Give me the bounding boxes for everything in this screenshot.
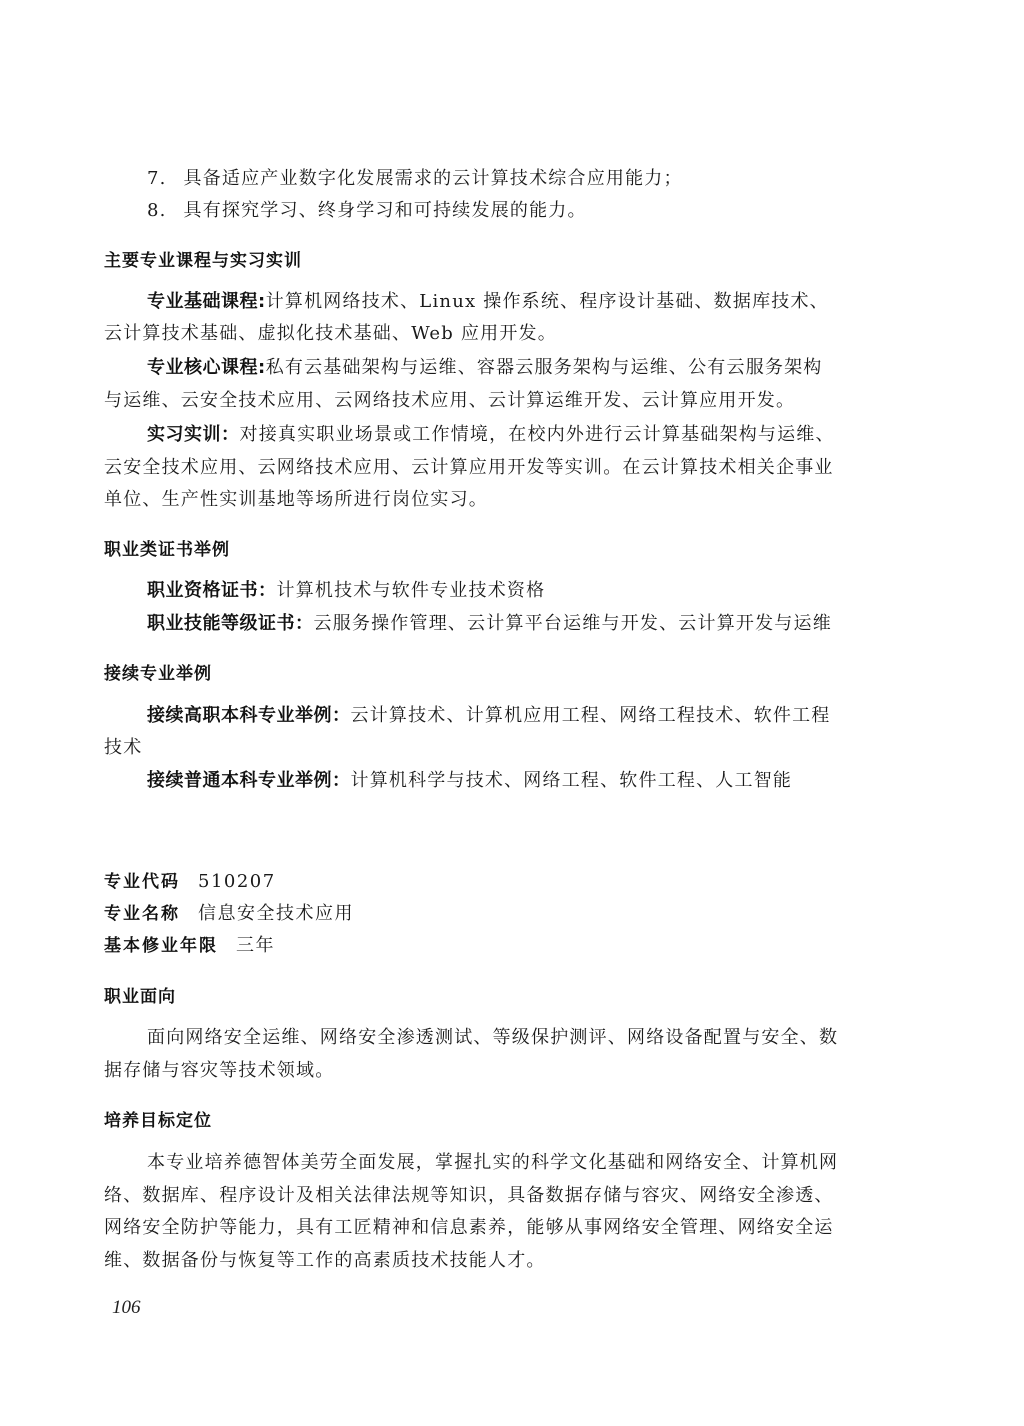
skill-cert-label: 职业技能等级证书： (147, 613, 314, 634)
goal-line1: 本专业培养德智体美劳全面发展，掌握扎实的科学文化基础和网络安全、计算机网 (147, 1152, 920, 1174)
skill-cert-text: 云服务操作管理、云计算平台运维与开发、云计算开发与运维 (314, 613, 832, 634)
major-duration-value: 三年 (236, 935, 275, 957)
list-text: 具备适应产业数字化发展需求的云计算技术综合应用能力； (184, 168, 683, 189)
list-item-8: 8. 具有探究学习、终身学习和可持续发展的能力。 (147, 200, 920, 222)
section-heading-courses: 主要专业课程与实习实训 (104, 250, 920, 272)
higher-vocational-line1: 接续高职本科专业举例：云计算技术、计算机应用工程、网络工程技术、软件工程 (147, 705, 920, 727)
career-line1: 面向网络安全运维、网络安全渗透测试、等级保护测评、网络设备配置与安全、数 (147, 1027, 920, 1049)
higher-vocational-line2: 技术 (104, 737, 920, 759)
section-heading-goal: 培养目标定位 (104, 1110, 920, 1132)
career-line2: 据存储与容灾等技术领域。 (104, 1060, 920, 1082)
foundation-courses-text: 计算机网络技术、Linux 操作系统、程序设计基础、数据库技术、 (266, 291, 829, 312)
internship-text: 对接真实职业场景或工作情境，在校内外进行云计算基础架构与运维、 (240, 424, 835, 445)
major-code-label: 专业代码 (104, 871, 180, 893)
core-courses-line1: 专业核心课程:私有云基础架构与运维、容器云服务架构与运维、公有云服务架构 (147, 357, 920, 379)
regular-undergrad-label: 接续普通本科专业举例： (147, 770, 351, 791)
qualification-cert-label: 职业资格证书： (147, 580, 277, 601)
foundation-courses-line2: 云计算技术基础、虚拟化技术基础、Web 应用开发。 (104, 323, 920, 345)
list-text: 具有探究学习、终身学习和可持续发展的能力。 (184, 200, 587, 221)
section-heading-certificates: 职业类证书举例 (104, 539, 920, 561)
section-heading-continuation: 接续专业举例 (104, 663, 920, 685)
major-duration-label: 基本修业年限 (104, 935, 218, 957)
core-courses-label: 专业核心课程: (147, 357, 266, 378)
section-heading-career: 职业面向 (104, 986, 920, 1008)
major-name-label: 专业名称 (104, 903, 180, 925)
internship-line1: 实习实训：对接真实职业场景或工作情境，在校内外进行云计算基础架构与运维、 (147, 424, 920, 446)
major-code-row: 专业代码510207 (104, 871, 920, 893)
core-courses-text: 私有云基础架构与运维、容器云服务架构与运维、公有云服务架构 (266, 357, 823, 378)
foundation-courses-label: 专业基础课程: (147, 291, 266, 312)
list-number: 8. (147, 200, 167, 221)
document-page: 7. 具备适应产业数字化发展需求的云计算技术综合应用能力； 8. 具有探究学习、… (0, 0, 1024, 1426)
major-name-row: 专业名称信息安全技术应用 (104, 903, 920, 925)
regular-undergrad-text: 计算机科学与技术、网络工程、软件工程、人工智能 (351, 770, 793, 791)
higher-vocational-text: 云计算技术、计算机应用工程、网络工程技术、软件工程 (351, 705, 831, 726)
higher-vocational-label: 接续高职本科专业举例： (147, 705, 351, 726)
major-name-value: 信息安全技术应用 (198, 903, 354, 925)
list-item-7: 7. 具备适应产业数字化发展需求的云计算技术综合应用能力； (147, 168, 920, 190)
regular-undergrad-line: 接续普通本科专业举例：计算机科学与技术、网络工程、软件工程、人工智能 (147, 770, 920, 792)
qualification-cert-line: 职业资格证书：计算机技术与软件专业技术资格 (147, 580, 920, 602)
goal-line3: 网络安全防护等能力，具有工匠精神和信息素养，能够从事网络安全管理、网络安全运 (104, 1217, 920, 1239)
internship-line3: 单位、生产性实训基地等场所进行岗位实习。 (104, 489, 920, 511)
internship-label: 实习实训： (147, 424, 240, 445)
page-number: 106 (112, 1297, 141, 1319)
core-courses-line2: 与运维、云安全技术应用、云网络技术应用、云计算运维开发、云计算应用开发。 (104, 390, 920, 412)
foundation-courses-line1: 专业基础课程:计算机网络技术、Linux 操作系统、程序设计基础、数据库技术、 (147, 291, 920, 313)
goal-line2: 络、数据库、程序设计及相关法律法规等知识，具备数据存储与容灾、网络安全渗透、 (104, 1185, 920, 1207)
major-code-value: 510207 (198, 871, 276, 893)
major-duration-row: 基本修业年限三年 (104, 935, 920, 957)
list-number: 7. (147, 168, 167, 189)
skill-cert-line: 职业技能等级证书：云服务操作管理、云计算平台运维与开发、云计算开发与运维 (147, 613, 920, 635)
goal-line4: 维、数据备份与恢复等工作的高素质技术技能人才。 (104, 1250, 920, 1272)
internship-line2: 云安全技术应用、云网络技术应用、云计算应用开发等实训。在云计算技术相关企事业 (104, 457, 920, 479)
qualification-cert-text: 计算机技术与软件专业技术资格 (277, 580, 546, 601)
